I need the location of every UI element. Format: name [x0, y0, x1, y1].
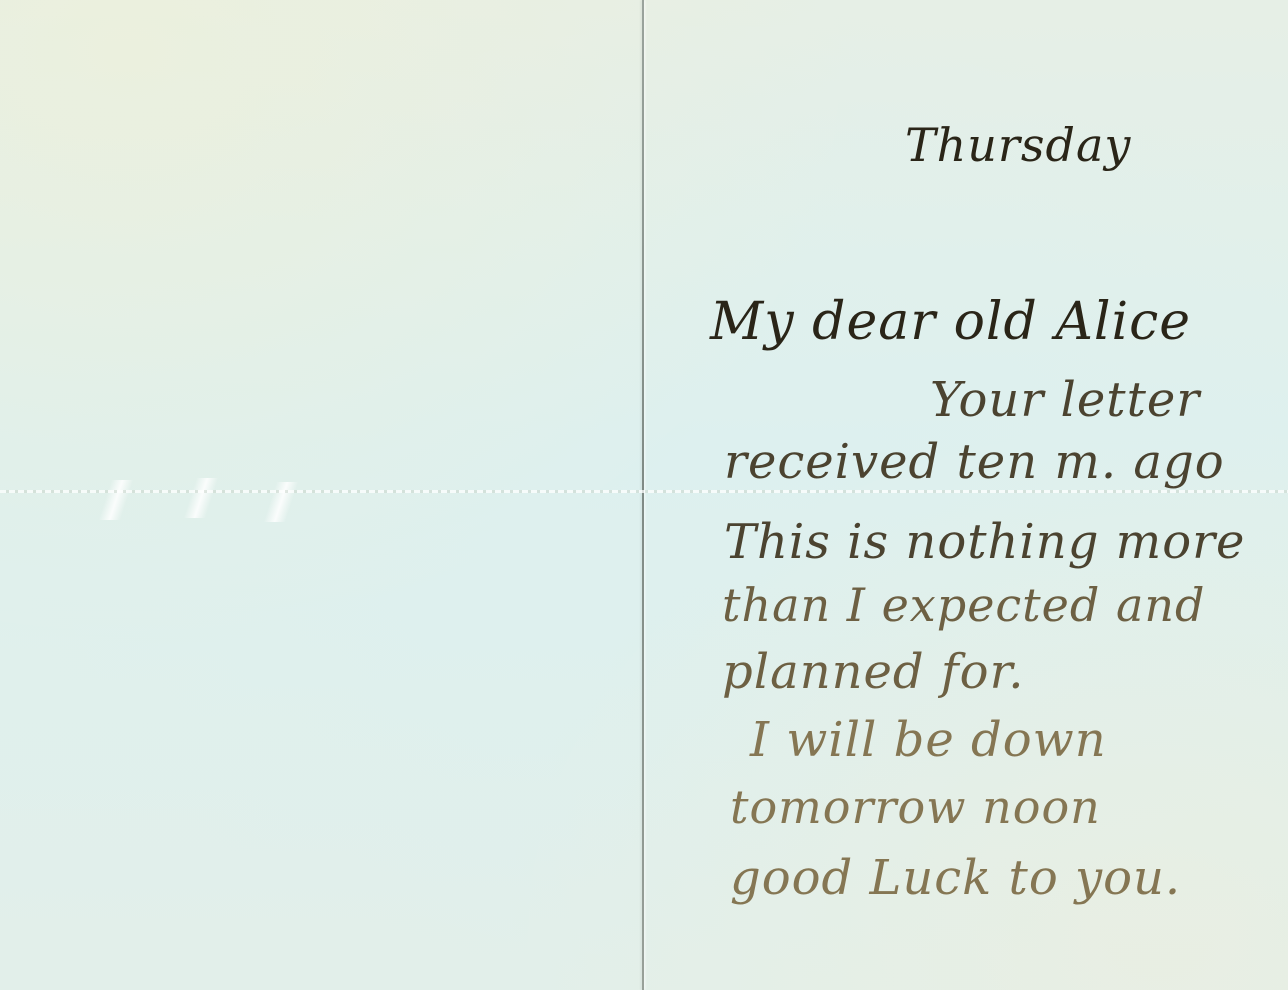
letter-body-line: tomorrow noon	[730, 780, 1101, 834]
letter-sheet: Thursday My dear old Alice Your letter r…	[0, 0, 1288, 990]
letter-salutation: My dear old Alice	[710, 292, 1191, 352]
center-fold-line	[642, 0, 644, 990]
paper-crease	[99, 480, 134, 520]
left-page-blank	[0, 0, 642, 990]
letter-body-line: I will be down	[750, 712, 1107, 768]
letter-body-line: This is nothing more	[724, 514, 1245, 570]
letter-body-line: planned for.	[722, 644, 1025, 700]
paper-crease	[184, 478, 219, 518]
letter-body-line: Your letter	[930, 372, 1200, 428]
letter-body-line: than I expected and	[722, 578, 1205, 632]
horizontal-fold-line	[0, 490, 1288, 493]
letter-closing-line: good Luck to you.	[730, 850, 1181, 906]
paper-crease	[264, 482, 299, 522]
letter-date: Thursday	[905, 118, 1131, 172]
letter-body-line: received ten m. ago	[724, 434, 1225, 490]
